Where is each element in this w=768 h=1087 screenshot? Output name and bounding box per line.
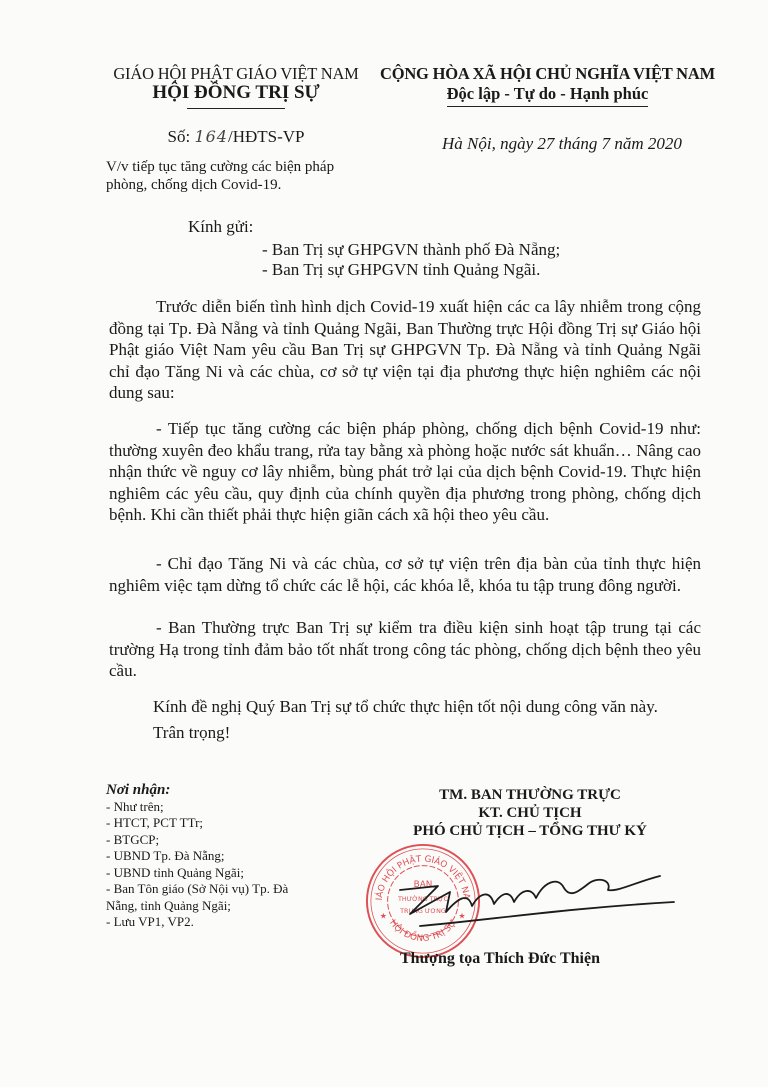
recipient-item: - HTCT, PCT TTr; xyxy=(106,815,288,832)
nation-name: CỘNG HÒA XÃ HỘI CHỦ NGHĨA VIỆT NAM xyxy=(365,64,730,84)
recipient-item: - UBND tỉnh Quảng Ngãi; xyxy=(106,865,288,882)
addressee-item: - Ban Trị sự GHPGVN thành phố Đà Nẵng; xyxy=(262,240,560,260)
recipient-item: Nẵng, tỉnh Quảng Ngãi; xyxy=(106,898,288,915)
recipient-item: - Lưu VP1, VP2. xyxy=(106,914,288,931)
handwritten-number: 164 xyxy=(194,127,228,146)
recipient-item: - UBND Tp. Đà Nẵng; xyxy=(106,848,288,865)
national-header: CỘNG HÒA XÃ HỘI CHỦ NGHĨA VIỆT NAM Độc l… xyxy=(365,64,730,107)
header-divider xyxy=(187,108,285,109)
recipients-list: Nơi nhận: - Như trên; - HTCT, PCT TTr; -… xyxy=(106,782,288,931)
regards: Trân trọng! xyxy=(153,723,230,743)
signature-titles: TM. BAN THƯỜNG TRỰC KT. CHỦ TỊCH PHÓ CHỦ… xyxy=(376,786,684,840)
body-paragraph: - Tiếp tục tăng cường các biện pháp phòn… xyxy=(109,418,701,526)
document-number: Số: 164/HĐTS-VP xyxy=(86,127,386,147)
closing-request: Kính đề nghị Quý Ban Trị sự tổ chức thực… xyxy=(153,697,658,717)
body-paragraph: - Ban Thường trực Ban Trị sự kiểm tra đi… xyxy=(109,617,701,682)
handwritten-signature-icon xyxy=(398,862,678,932)
body-paragraph: - Chỉ đạo Tăng Ni và các chùa, cơ sở tự … xyxy=(109,553,701,596)
recipient-item: - Ban Tôn giáo (Sở Nội vụ) Tp. Đà xyxy=(106,881,288,898)
svg-text:★: ★ xyxy=(380,912,387,921)
recipient-item: - BTGCP; xyxy=(106,832,288,849)
council-name: HỘI ĐỒNG TRỊ SỰ xyxy=(86,82,386,104)
organization-name: GIÁO HỘI PHẬT GIÁO VIỆT NAM xyxy=(86,64,386,84)
recipient-item: - Như trên; xyxy=(106,799,288,816)
recipients-title: Nơi nhận: xyxy=(106,782,288,799)
document-subject: V/v tiếp tục tăng cường các biện pháp ph… xyxy=(106,158,346,194)
addressee-item: - Ban Trị sự GHPGVN tỉnh Quảng Ngãi. xyxy=(262,260,540,280)
date-line: Hà Nội, ngày 27 tháng 7 năm 2020 xyxy=(442,134,682,154)
body-paragraph: Trước diễn biến tình hình dịch Covid-19 … xyxy=(109,296,701,404)
issuer-header: GIÁO HỘI PHẬT GIÁO VIỆT NAM HỘI ĐỒNG TRỊ… xyxy=(86,64,386,109)
addressee-label: Kính gửi: xyxy=(188,217,253,237)
national-motto: Độc lập - Tự do - Hạnh phúc xyxy=(447,84,649,107)
signer-name: Thượng tọa Thích Đức Thiện xyxy=(400,950,600,968)
